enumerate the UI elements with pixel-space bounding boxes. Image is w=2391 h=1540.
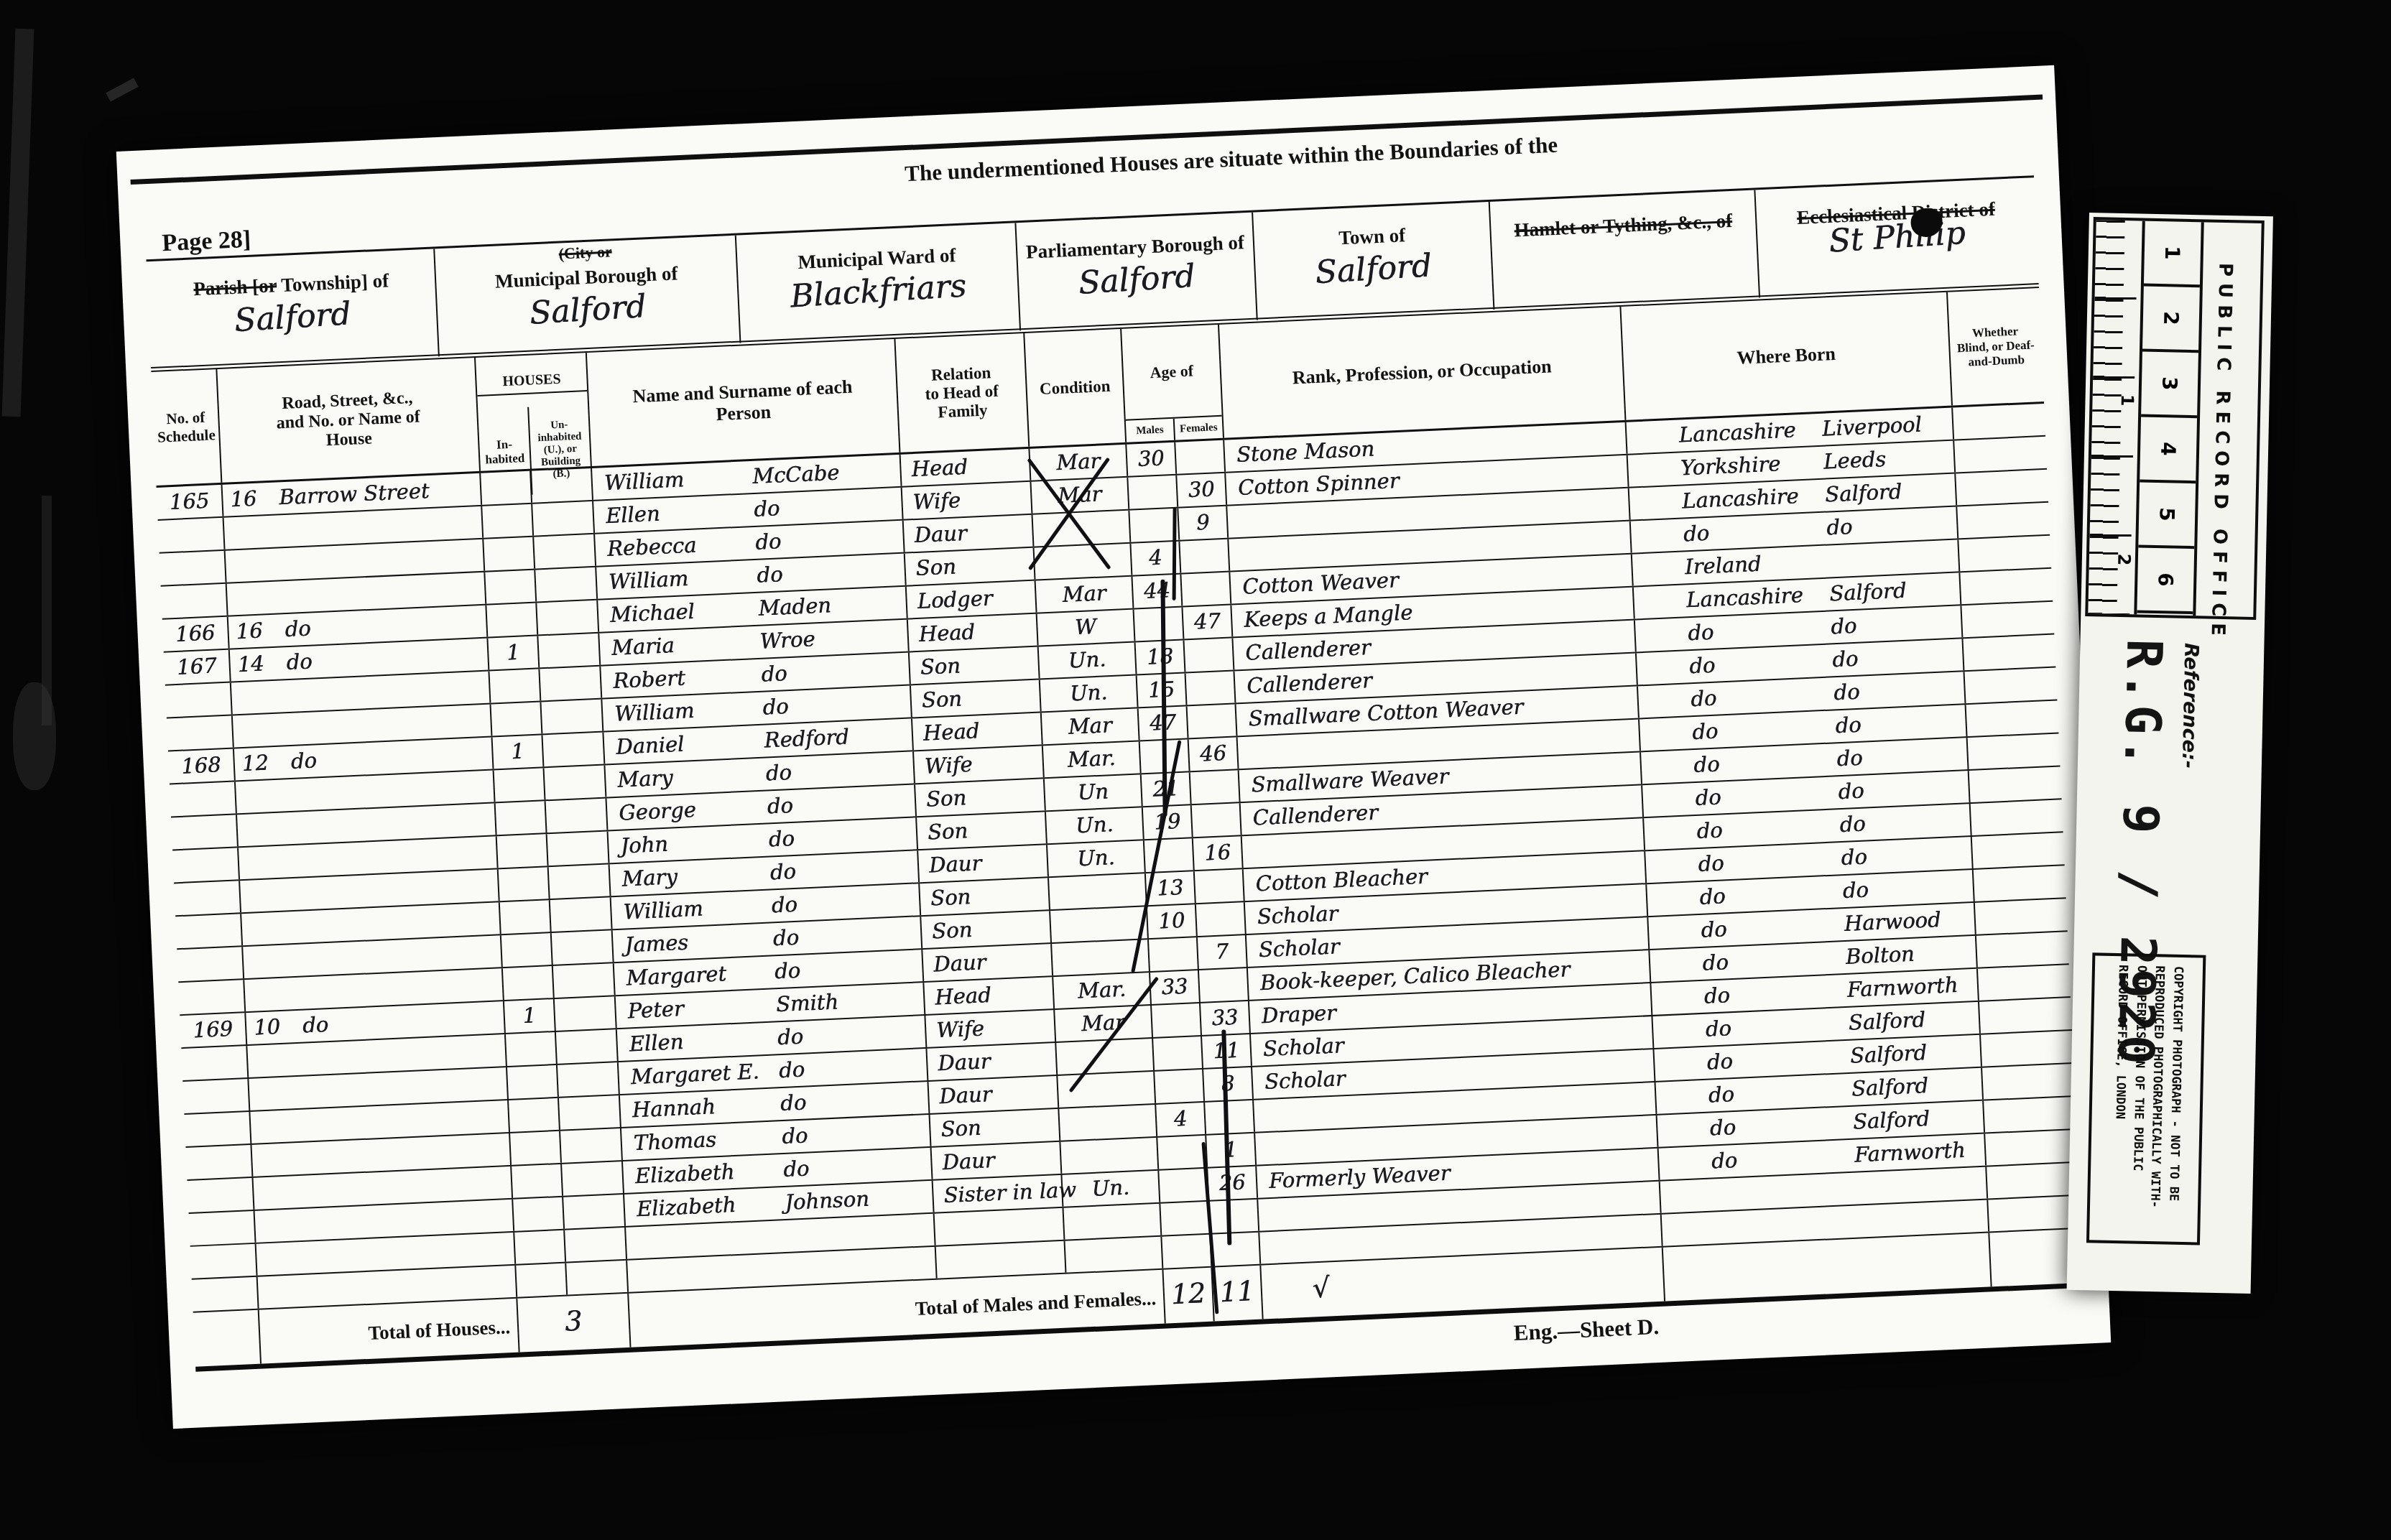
cell-schedule-number: 167 xyxy=(164,650,230,685)
cell-houses-inhabited xyxy=(514,1263,566,1297)
ruler-cm-number: 2 xyxy=(2114,553,2134,565)
header-field: (City orMunicipal Borough ofSalford xyxy=(433,236,739,357)
relation-value: Daur xyxy=(942,1148,996,1174)
age-male-value: 30 xyxy=(1137,445,1165,471)
person-forename: James xyxy=(624,927,689,960)
age-male-value: 4 xyxy=(1173,1106,1188,1131)
address-number: 14 xyxy=(237,649,265,680)
cell-age-male xyxy=(1147,937,1198,971)
relation-value: Son xyxy=(915,555,956,580)
cell-schedule-number: 169 xyxy=(180,1013,246,1047)
cell-houses-uninhabited xyxy=(537,634,599,668)
age-male-value: 10 xyxy=(1158,908,1185,934)
cell-age-male xyxy=(1156,1136,1206,1169)
born-place: do xyxy=(1841,842,1868,873)
cell-blind-deaf xyxy=(1965,701,2059,737)
cell-blind-deaf xyxy=(1960,602,2054,638)
cell-houses-uninhabited xyxy=(565,1261,627,1295)
relation-value: Head xyxy=(911,455,968,481)
cell-schedule-number xyxy=(177,947,243,981)
cell-blind-deaf xyxy=(1985,1163,2079,1199)
cell-houses-inhabited xyxy=(484,570,535,604)
age-male-value: 18 xyxy=(1146,644,1173,669)
cell-age-female xyxy=(1193,869,1244,903)
cell-houses-uninhabited xyxy=(558,1095,620,1130)
born-county: do xyxy=(1708,1079,1735,1110)
cell-age-female xyxy=(1203,1100,1254,1134)
cell-age-female: 16 xyxy=(1192,836,1242,870)
cell-houses-uninhabited xyxy=(543,766,606,800)
cell-age-female xyxy=(1195,902,1245,936)
cell-age-female xyxy=(1189,770,1239,804)
person-surname-or-ditto: do xyxy=(753,493,780,524)
born-county: Lancashire xyxy=(1681,481,1799,516)
cell-blind-deaf xyxy=(1969,799,2063,835)
ruler-inch-cell: 6 xyxy=(2137,548,2194,615)
schedule-number: 165 xyxy=(169,488,210,514)
address-name: do xyxy=(285,613,312,645)
col-header-age: Age of xyxy=(1121,325,1221,419)
cell-houses-uninhabited xyxy=(563,1228,626,1262)
total-houses-value: 3 xyxy=(517,1294,629,1349)
col-header-relation: Relation to Head of Family xyxy=(894,333,1028,453)
cell-relation: Head xyxy=(911,713,1042,751)
cell-blind-deaf xyxy=(1987,1196,2081,1232)
cell-houses-inhabited xyxy=(488,669,540,703)
cell-blind-deaf xyxy=(1961,635,2055,671)
occupation-value: Callenderer xyxy=(1252,800,1379,830)
cell-condition: Mar xyxy=(1040,708,1139,744)
cell-age-male xyxy=(1150,1003,1201,1037)
cell-houses-inhabited: 1 xyxy=(503,999,555,1033)
ruler-inch-number: 3 xyxy=(2158,376,2181,391)
born-place: do xyxy=(1839,809,1867,840)
cell-condition: W xyxy=(1036,610,1134,646)
born-place: Farnworth xyxy=(1854,1135,1966,1170)
person-forename: William xyxy=(623,894,704,927)
header-field: Town ofSalford xyxy=(1252,202,1493,320)
person-forename: John xyxy=(620,829,669,861)
relation-value: Son xyxy=(920,653,961,679)
schedule-number: 169 xyxy=(193,1016,233,1042)
cell-relation: Wife xyxy=(901,482,1032,519)
ruler-inch-cell: 5 xyxy=(2138,483,2196,549)
age-male-value: 19 xyxy=(1154,809,1181,835)
cell-houses-inhabited xyxy=(512,1197,563,1231)
cell-houses-inhabited xyxy=(479,471,531,505)
page-number-label: Page 28] xyxy=(162,226,251,257)
born-county: do xyxy=(1688,650,1716,682)
cell-houses-inhabited xyxy=(493,768,545,802)
age-female-value: 26 xyxy=(1218,1169,1246,1195)
cell-condition xyxy=(1058,1105,1156,1141)
cell-houses-uninhabited xyxy=(560,1161,623,1196)
cell-age-female: 30 xyxy=(1175,473,1226,507)
cell-relation: Son xyxy=(904,548,1035,585)
age-male-value: 4 xyxy=(1148,545,1162,570)
address-number: 12 xyxy=(241,747,269,779)
cell-age-male: 10 xyxy=(1146,904,1196,938)
born-county: Ireland xyxy=(1684,549,1762,583)
cell-age-male: 18 xyxy=(1134,641,1185,674)
cell-houses-uninhabited xyxy=(535,600,598,635)
born-county: Lancashire xyxy=(1678,414,1796,450)
public-record-office-label: PUBLIC RECORD OFFICE xyxy=(2203,263,2236,584)
schedule-number: 166 xyxy=(175,621,216,646)
cell-schedule-number xyxy=(189,1211,255,1246)
person-forename: Margaret xyxy=(626,958,727,993)
cell-houses-inhabited xyxy=(482,537,534,571)
born-county: do xyxy=(1694,781,1721,813)
header-field: Parliamentary Borough ofSalford xyxy=(1014,213,1256,331)
cell-schedule-number xyxy=(170,782,236,817)
cell-schedule-number xyxy=(174,881,240,915)
person-forename: William xyxy=(603,464,685,498)
person-forename: Rebecca xyxy=(606,530,697,564)
cell-schedule-number xyxy=(167,716,233,751)
cell-houses-inhabited xyxy=(481,504,532,538)
cell-schedule-number xyxy=(159,551,226,585)
cell-age-male xyxy=(1159,1202,1209,1235)
cell-relation: Daur xyxy=(927,1076,1058,1113)
cell-relation: Son xyxy=(920,911,1050,948)
ruler-inch-number: 6 xyxy=(2154,572,2178,587)
copyright-notice-box: COPYRIGHT PHOTOGRAPH - NOT TO BE REPRODU… xyxy=(2086,952,2206,1245)
age-male-value: 33 xyxy=(1161,974,1188,1000)
address-number: 16 xyxy=(230,483,258,515)
cell-schedule-number xyxy=(192,1277,258,1312)
occupation-value: Keeps a Mangle xyxy=(1244,600,1413,631)
cell-condition xyxy=(1062,1204,1160,1240)
cell-blind-deaf xyxy=(1966,733,2061,769)
occupation-value: Callenderer xyxy=(1247,668,1373,698)
person-forename: William xyxy=(614,695,695,729)
occupation-value: Scholar xyxy=(1257,901,1338,929)
cell-blind-deaf xyxy=(1975,932,2069,968)
person-surname-or-ditto: do xyxy=(756,559,783,590)
situate-heading: The undermentioned Houses are situate wi… xyxy=(764,126,1698,193)
cell-age-female xyxy=(1178,539,1229,573)
ruler: 1 2 123456 PUBLIC RECORD OFFICE xyxy=(2085,217,2265,620)
cell-houses-uninhabited xyxy=(532,534,595,569)
cell-houses-uninhabited xyxy=(534,567,596,602)
col-header-rank: Rank, Profession, or Occupation xyxy=(1218,307,1624,438)
born-place: do xyxy=(1835,710,1862,741)
cell-schedule-number xyxy=(182,1079,249,1113)
col-header-born: Where Born xyxy=(1619,292,1951,420)
col-header-road: Road, Street, &c., and No. or Name of Ho… xyxy=(216,358,479,483)
cell-age-female: 46 xyxy=(1188,737,1238,771)
person-forename: Michael xyxy=(609,596,695,630)
cell-age-female: 1 xyxy=(1205,1133,1255,1167)
total-males-value: 12 xyxy=(1163,1268,1213,1320)
cell-relation: Son xyxy=(908,647,1039,685)
age-male-value: 44 xyxy=(1143,577,1170,603)
person-surname-or-ditto: Wroe xyxy=(759,623,816,656)
person-surname-or-ditto: do xyxy=(774,955,801,987)
cell-houses-inhabited xyxy=(510,1164,562,1198)
relation-value: Wife xyxy=(936,1016,985,1042)
born-place: do xyxy=(1833,677,1860,708)
cell-relation: Son xyxy=(910,680,1040,718)
relation-value: Head xyxy=(934,983,991,1009)
person-forename: Mary xyxy=(616,762,673,794)
born-county: do xyxy=(1705,1013,1732,1044)
condition-value: Un. xyxy=(1069,679,1108,705)
cell-houses-uninhabited xyxy=(553,996,616,1031)
cell-schedule-number xyxy=(161,584,227,618)
cell-houses-inhabited xyxy=(507,1098,559,1132)
cell-houses-inhabited xyxy=(501,966,553,1000)
born-place: Salford xyxy=(1824,476,1902,510)
relation-value: Daur xyxy=(939,1082,993,1108)
age-female-value: 30 xyxy=(1188,476,1215,502)
cell-relation: Wife xyxy=(924,1010,1055,1047)
cell-schedule-number: 165 xyxy=(157,485,223,519)
person-surname-or-ditto: do xyxy=(777,1021,804,1053)
ruler-inch-cell: 4 xyxy=(2140,417,2197,484)
born-place: do xyxy=(1836,743,1864,774)
occupation-value: Cotton Bleacher xyxy=(1255,864,1428,896)
age-female-value: 16 xyxy=(1203,840,1231,866)
condition-value: Mar xyxy=(1062,580,1106,607)
header-field-label: Hamlet or Tything, &c., of xyxy=(1491,209,1756,243)
cell-age-female xyxy=(1174,440,1224,474)
condition-value: Un. xyxy=(1076,845,1115,871)
born-place: Salford xyxy=(1852,1103,1930,1137)
born-place: Harwood xyxy=(1844,904,1941,939)
address-number: 10 xyxy=(253,1011,281,1043)
occupation-value: Scholar xyxy=(1258,934,1340,962)
cell-age-female: 9 xyxy=(1177,506,1227,540)
relation-value: Head xyxy=(918,619,976,646)
condition-value: Mar. xyxy=(1077,977,1126,1003)
born-county: do xyxy=(1696,815,1724,846)
person-forename: Hannah xyxy=(632,1091,716,1125)
born-county: do xyxy=(1711,1145,1738,1177)
cell-blind-deaf xyxy=(1976,965,2071,1001)
cell-houses-uninhabited xyxy=(529,468,592,503)
condition-value: Un. xyxy=(1075,812,1114,838)
person-forename: Daniel xyxy=(615,729,685,762)
col-header-houses-group: HOUSES In- habited Un- inhabited (U.), o… xyxy=(474,353,591,471)
person-forename: Margaret E. xyxy=(630,1056,760,1092)
cell-houses-inhabited: 1 xyxy=(491,735,543,769)
cell-houses-uninhabited xyxy=(559,1128,621,1163)
born-county: do xyxy=(1701,914,1728,945)
cell-age-male xyxy=(1160,1235,1211,1268)
person-forename: Robert xyxy=(612,662,685,695)
cell-condition: Un. xyxy=(1046,840,1144,876)
cell-schedule-number xyxy=(181,1046,247,1080)
condition-value: Un xyxy=(1077,779,1109,804)
occupation-value: Smallware Weaver xyxy=(1251,764,1449,797)
person-surname-or-ditto: do xyxy=(768,823,795,855)
born-place: Leeds xyxy=(1823,444,1887,477)
cell-houses-uninhabited xyxy=(547,864,610,899)
cell-age-male xyxy=(1143,838,1193,872)
person-forename: William xyxy=(608,563,689,597)
cell-blind-deaf xyxy=(1954,470,2048,506)
cell-blind-deaf xyxy=(1974,899,2068,934)
cell-blind-deaf xyxy=(1979,1031,2073,1067)
cell-houses-inhabited xyxy=(504,1032,556,1066)
person-surname-or-ditto: do xyxy=(761,658,788,690)
person-forename: Ellen xyxy=(605,498,660,531)
cell-condition: Un. xyxy=(1039,676,1137,712)
cell-condition: Un xyxy=(1043,774,1142,810)
cell-relation: Daur xyxy=(917,845,1047,882)
cell-age-male: 33 xyxy=(1149,970,1199,1004)
cell-blind-deaf xyxy=(1984,1130,2078,1166)
cell-schedule-number xyxy=(190,1244,256,1279)
cell-relation: Head xyxy=(922,977,1053,1014)
cell-schedule-number xyxy=(172,848,239,882)
born-county: do xyxy=(1698,848,1725,879)
relation-value: Daur xyxy=(933,950,986,976)
relation-value: Daur xyxy=(928,850,982,877)
born-county: do xyxy=(1687,617,1714,649)
col-header-name: Name and Surname of each Person xyxy=(586,339,899,466)
born-county: do xyxy=(1709,1112,1736,1144)
condition-value: Mar. xyxy=(1067,746,1116,772)
born-place: Salford xyxy=(1828,575,1907,609)
cell-relation: Son xyxy=(929,1109,1060,1146)
schedule-number: 167 xyxy=(176,653,217,679)
cell-age-female xyxy=(1198,968,1248,1002)
born-county: do xyxy=(1683,518,1710,549)
relation-value: Son xyxy=(931,917,972,943)
cell-houses-uninhabited xyxy=(549,897,611,932)
cell-blind-deaf xyxy=(1957,536,2051,572)
cell-condition: Mar. xyxy=(1042,741,1140,777)
cell-age-female: 47 xyxy=(1181,606,1231,639)
relation-value: Daur xyxy=(914,521,968,547)
ink-stroke xyxy=(1173,507,1177,600)
person-surname-or-ditto: do xyxy=(778,1054,805,1086)
born-county: do xyxy=(1690,683,1717,715)
sheet-designation: Eng.—Sheet D. xyxy=(1513,1314,1660,1346)
born-county: do xyxy=(1703,980,1731,1011)
person-forename: Elizabeth xyxy=(634,1156,735,1191)
cell-age-male: 30 xyxy=(1125,442,1175,476)
cell-relation: Wife xyxy=(912,746,1043,783)
cell-houses-inhabited xyxy=(496,834,547,868)
relation-value: Son xyxy=(940,1115,981,1141)
relation-value: Lodger xyxy=(917,585,993,613)
ruler-inch-cell: 2 xyxy=(2142,287,2200,353)
born-county: Lancashire xyxy=(1685,580,1803,615)
cell-relation: Daur xyxy=(902,515,1033,552)
born-place: Salford xyxy=(1849,1037,1928,1071)
header-field: Parish [or Township] ofSalford xyxy=(147,249,438,369)
person-surname-or-ditto: do xyxy=(762,691,790,723)
cell-relation: Daur xyxy=(925,1043,1056,1080)
born-place: do xyxy=(1826,511,1853,543)
cell-houses-uninhabited xyxy=(541,733,603,767)
cell-blind-deaf xyxy=(1953,437,2047,473)
relation-value: Son xyxy=(930,884,971,910)
ruler-inch-column: 123456 xyxy=(2134,221,2203,616)
inhabited-mark: 1 xyxy=(510,739,524,764)
cell-schedule-number xyxy=(178,980,244,1014)
cell-condition: Mar xyxy=(1035,577,1133,613)
relation-value: Sister in law xyxy=(943,1177,1077,1207)
header-field-label-struck: Parish [or xyxy=(193,274,277,300)
scan-artifact-mark xyxy=(106,78,138,101)
person-surname-or-ditto: do xyxy=(772,922,800,954)
occupation-value: Formerly Weaver xyxy=(1268,1161,1451,1193)
cell-blind-deaf xyxy=(1972,866,2066,901)
cell-age-female xyxy=(1180,572,1230,606)
col-header-houses: HOUSES xyxy=(476,366,587,396)
person-surname-or-ditto: Johnson xyxy=(784,1184,869,1217)
born-county: do xyxy=(1699,881,1726,912)
cell-schedule-number xyxy=(186,1145,252,1179)
cell-condition: Un. xyxy=(1045,807,1143,843)
inhabited-mark: 1 xyxy=(506,640,520,665)
census-rows: 16516Barrow StreetWilliamMcCabe HeadMar3… xyxy=(157,404,2081,1313)
cell-houses-uninhabited xyxy=(546,832,609,866)
cell-condition xyxy=(1047,873,1146,909)
occupation-value: Cotton Spinner xyxy=(1237,468,1400,500)
cell-blind-deaf xyxy=(1982,1097,2076,1133)
ruler-inch-number: 5 xyxy=(2155,507,2179,521)
person-surname-or-ditto: do xyxy=(780,1087,807,1119)
copyright-notice: COPYRIGHT PHOTOGRAPH - NOT TO BE REPRODU… xyxy=(2108,965,2187,1238)
cell-blind-deaf xyxy=(1971,832,2065,868)
col-header-schedule: No. of Schedule xyxy=(151,369,221,486)
cell-houses-inhabited xyxy=(499,900,550,934)
cell-houses-uninhabited xyxy=(556,1062,619,1097)
ruler-inch-cell: 1 xyxy=(2144,221,2201,288)
cell-blind-deaf xyxy=(1956,503,2050,539)
condition-value: Un. xyxy=(1068,646,1106,672)
born-place: do xyxy=(1838,776,1865,807)
cell-age-female: 7 xyxy=(1196,935,1247,969)
cell-houses-inhabited xyxy=(485,603,537,637)
cell-age-male xyxy=(1133,608,1183,641)
person-forename: George xyxy=(618,794,696,828)
inhabited-mark: 1 xyxy=(522,1003,537,1028)
occupation-value: Callenderer xyxy=(1245,635,1372,665)
cell-houses-inhabited xyxy=(500,933,552,967)
cell-houses-uninhabited xyxy=(555,1029,617,1064)
born-place: do xyxy=(1830,611,1857,642)
cell-relation xyxy=(933,1208,1064,1246)
cell-houses-uninhabited xyxy=(538,667,601,701)
relation-value: Wife xyxy=(912,488,961,514)
born-county: do xyxy=(1706,1046,1734,1077)
cell-houses-inhabited xyxy=(509,1131,560,1165)
cell-houses-inhabited xyxy=(494,801,546,835)
cell-age-male xyxy=(1128,509,1178,542)
person-forename: Mary xyxy=(621,861,678,894)
total-houses-label: Total of Houses... xyxy=(259,1299,519,1366)
address-name: do xyxy=(302,1009,329,1041)
cell-blind-deaf xyxy=(1968,766,2062,802)
cell-relation: Daur xyxy=(930,1142,1061,1179)
cell-condition xyxy=(1033,544,1132,580)
cell-schedule-number xyxy=(188,1178,254,1212)
cell-relation: Lodger xyxy=(905,581,1036,618)
born-place: Salford xyxy=(1848,1004,1926,1038)
scan-artifact-blob xyxy=(13,682,56,790)
occupation-value: Scholar xyxy=(1262,1033,1344,1061)
cell-schedule-number xyxy=(165,683,231,718)
person-surname-or-ditto: do xyxy=(765,757,792,789)
address-name: do xyxy=(290,745,318,776)
